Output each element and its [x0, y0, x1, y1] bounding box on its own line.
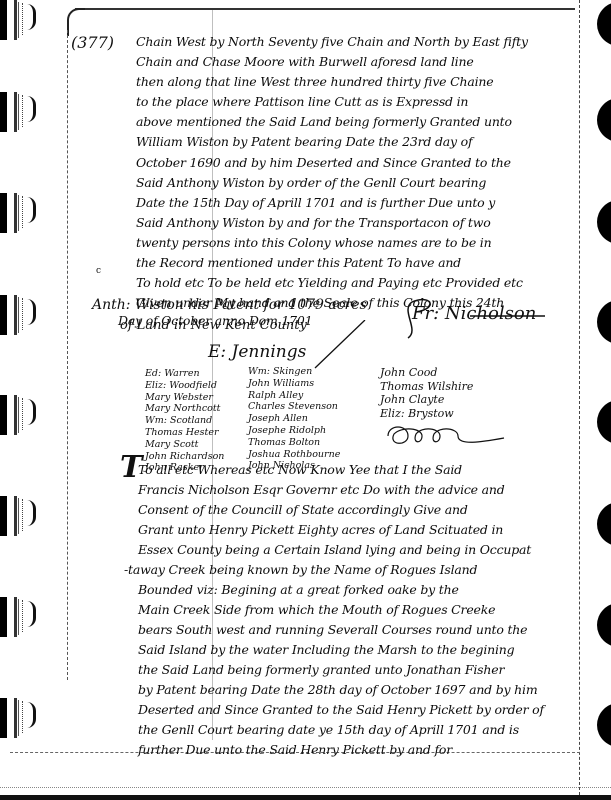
film-sprocket-mark: [0, 698, 34, 738]
headright-name: Ralph Alley: [248, 390, 340, 402]
punch-hole: [597, 300, 611, 344]
manuscript-line: Chain West by North Seventy five Chain a…: [136, 34, 528, 49]
manuscript-line: bears South west and running Severall Co…: [138, 622, 527, 637]
manuscript-line: William Wiston by Patent bearing Date th…: [136, 134, 472, 149]
film-sprocket-mark: [0, 295, 34, 335]
page-right-border: [579, 0, 580, 800]
headright-name: Eliz: Woodfield: [145, 380, 224, 392]
manuscript-line: Essex County being a Certain Island lyin…: [138, 542, 531, 557]
manuscript-line: Chain and Chase Moore with Burwell afore…: [136, 54, 474, 69]
headrights-column-2: Wm: SkingenJohn WilliamsRalph AlleyCharl…: [248, 366, 340, 472]
headright-name: Wm: Skingen: [248, 366, 340, 378]
punch-hole: [597, 502, 611, 546]
headright-name: Joshua Rothbourne: [248, 449, 340, 461]
margin-mark: c: [96, 266, 101, 276]
page-top-border: [75, 8, 575, 10]
punch-hole: [597, 98, 611, 142]
page-number: (377): [71, 33, 114, 52]
manuscript-line: Grant unto Henry Pickett Eighty acres of…: [138, 522, 503, 537]
film-sprocket-mark: [0, 0, 34, 40]
manuscript-line: the Record mentioned under this Patent T…: [136, 255, 461, 270]
film-sprocket-mark: [0, 395, 34, 435]
headrights-column-3: John CoodThomas WilshireJohn ClayteEliz:…: [380, 366, 473, 420]
headright-name: John Cood: [380, 366, 473, 380]
scan-edge-line: [0, 787, 611, 788]
headright-name: Thomas Bolton: [248, 437, 340, 449]
manuscript-line: Main Creek Side from which the Mouth of …: [138, 602, 495, 617]
headright-name: Thomas Wilshire: [380, 380, 473, 394]
manuscript-line: Said Island by the water Including the M…: [138, 642, 514, 657]
punch-hole: [597, 2, 611, 46]
manuscript-line: further Due unto the Said Henry Pickett …: [138, 742, 452, 757]
manuscript-line: Said Anthony Wiston by order of the Genl…: [136, 175, 486, 190]
punch-hole: [597, 400, 611, 444]
manuscript-line: Francis Nicholson Esqr Governr etc Do wi…: [138, 482, 505, 497]
headright-name: Josephe Ridolph: [248, 425, 340, 437]
film-sprocket-mark: [0, 597, 34, 637]
manuscript-line: Said Anthony Wiston by and for the Trans…: [136, 215, 491, 230]
film-bottom-band: [0, 795, 611, 800]
headright-name: Mary Webster: [145, 392, 224, 404]
manuscript-line: the Said Land being formerly granted unt…: [138, 662, 504, 677]
headright-name: John Richardson: [145, 451, 224, 463]
punch-hole: [597, 200, 611, 244]
headright-name: John Clayte: [380, 393, 473, 407]
headright-name: Mary Scott: [145, 439, 224, 451]
headright-name: Thomas Hester: [145, 427, 224, 439]
margin-note-line2: of Land in New Kent County: [120, 318, 307, 333]
page-left-border: [67, 30, 68, 680]
manuscript-line: above mentioned the Said Land being form…: [136, 114, 512, 129]
pen-stroke: [310, 320, 370, 370]
signature-flourish: [400, 290, 550, 340]
headright-name: Ed: Warren: [145, 368, 224, 380]
manuscript-line: To all etc Whereas etc Now Know Yee that…: [138, 462, 462, 477]
headrights-column-1: Ed: WarrenEliz: WoodfieldMary WebsterMar…: [145, 368, 224, 474]
headright-name: Mary Northcott: [145, 403, 224, 415]
headright-name: John Williams: [248, 378, 340, 390]
manuscript-line: to the place where Pattison line Cutt as…: [136, 94, 468, 109]
manuscript-line: by Patent bearing Date the 28th day of O…: [138, 682, 537, 697]
headright-name: Eliz: Brystow: [380, 407, 473, 421]
margin-note-line1: Anth: Wiston his Patent for 1079 acres: [92, 297, 367, 313]
manuscript-line: -taway Creek being known by the Name of …: [124, 562, 477, 577]
manuscript-line: twenty persons into this Colony whose na…: [136, 235, 491, 250]
manuscript-line: the Genll Court bearing date ye 15th day…: [138, 722, 519, 737]
film-sprocket-mark: [0, 496, 34, 536]
manuscript-line: then along that line West three hundred …: [136, 74, 493, 89]
manuscript-line: Consent of the Councill of State accordi…: [138, 502, 468, 517]
punch-hole: [597, 603, 611, 647]
punch-hole: [597, 703, 611, 747]
film-sprocket-mark: [0, 92, 34, 132]
page-corner: [67, 8, 85, 36]
manuscript-line: Deserted and Since Granted to the Said H…: [138, 702, 544, 717]
headright-name: Joseph Allen: [248, 413, 340, 425]
manuscript-line: October 1690 and by him Deserted and Sin…: [136, 155, 511, 170]
manuscript-line: To hold etc To be held etc Yielding and …: [136, 275, 523, 290]
signature-flourish: [382, 422, 512, 448]
headright-name: Wm: Scotland: [145, 415, 224, 427]
headright-name: Charles Stevenson: [248, 401, 340, 413]
manuscript-line: Date the 15th Day of Aprill 1701 and is …: [136, 195, 495, 210]
film-sprocket-mark: [0, 193, 34, 233]
manuscript-line: Bounded viz: Begining at a great forked …: [138, 582, 459, 597]
clerk-signature: E: Jennings: [208, 342, 306, 362]
